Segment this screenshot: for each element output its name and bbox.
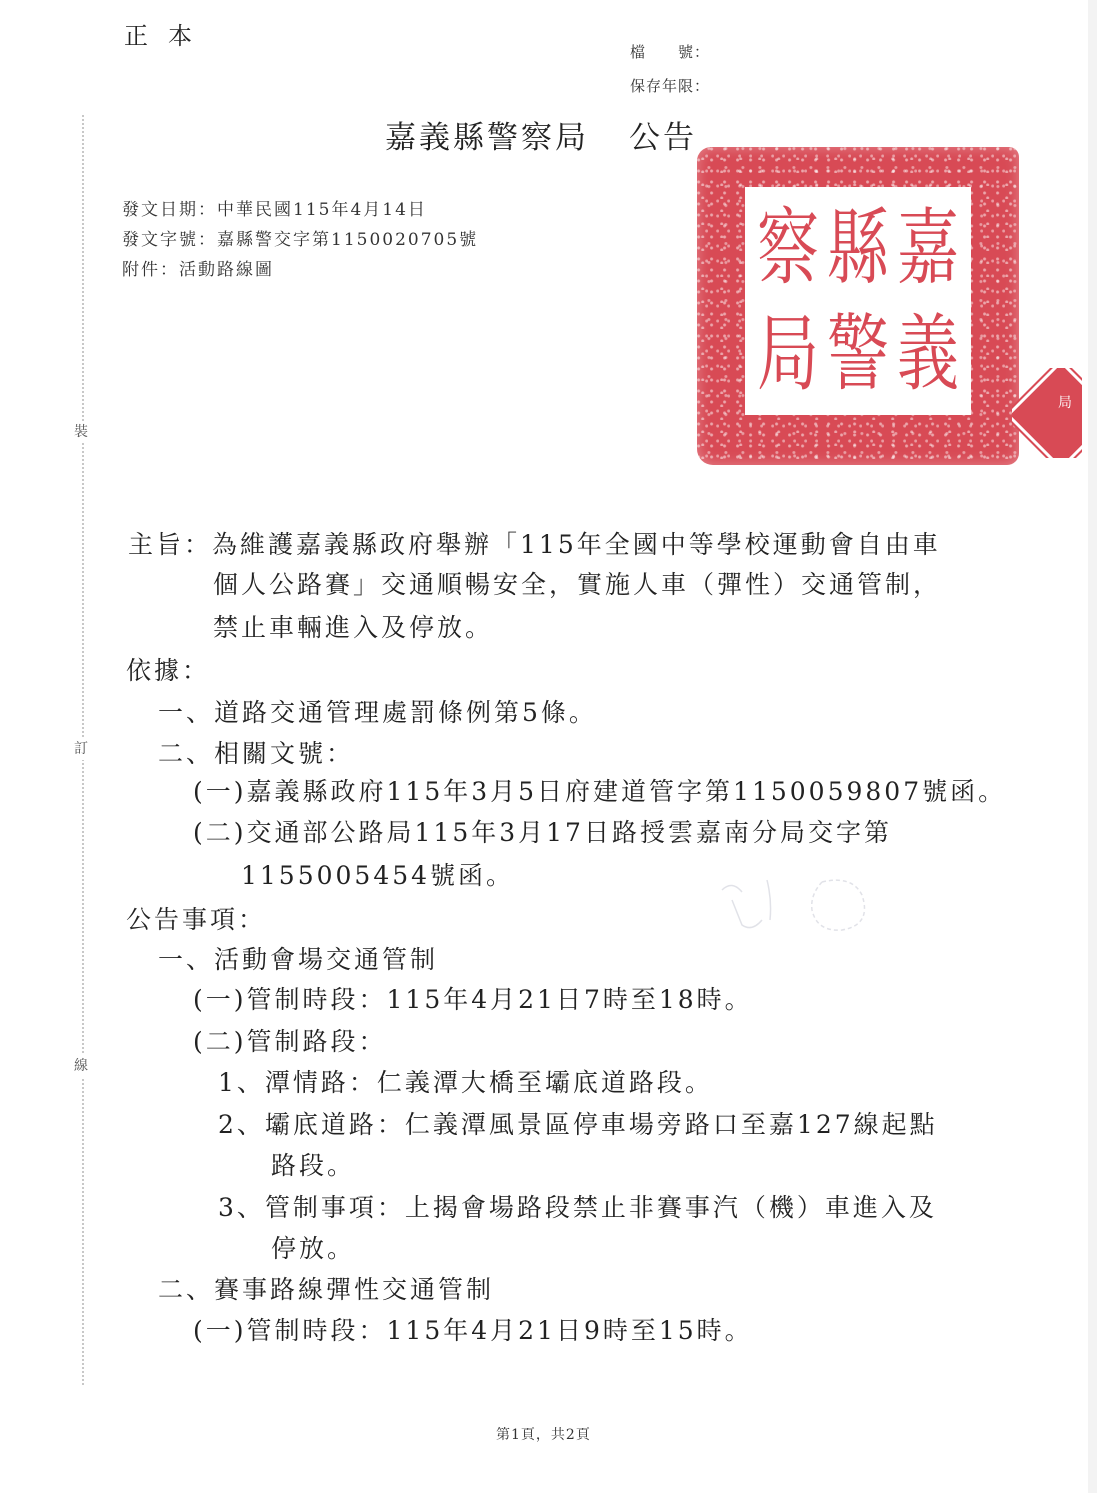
basis-label: 依據： [126,656,210,686]
item-marker: (一) [193,777,247,806]
binding-mark-zhuang: 裝 [74,421,88,443]
subject-line-3: 禁止車輛進入及停放。 [213,613,493,643]
diamond-seal-text: 局 [1058,396,1078,410]
section-2-period: (一)管制時段：115年4月21日9時至15時。 [193,1316,753,1346]
item-text: 嘉義縣政府115年3月5日府建道管字第1150059807號函。 [247,777,1007,806]
page-number: 第1頁，共2頁 [496,1424,591,1444]
retention-period-label: 保存年限： [630,75,710,96]
item-text: 管制時段：115年4月21日9時至15時。 [247,1316,753,1345]
official-seal-stamp: 嘉 縣 察 義 警 局 [697,147,1019,465]
road-item-2-continuation: 路段。 [271,1151,355,1181]
item-marker: 一、 [158,698,214,727]
item-marker: 一、 [158,945,214,974]
item-text: 相關文號： [214,739,354,768]
item-text: 壩底道路：仁義潭風景區停車場旁路口至嘉127線起點 [265,1110,938,1139]
item-marker: (二) [193,818,247,847]
item-marker: (一) [193,1316,247,1345]
document-type: 公告 [629,120,697,156]
page-title: 嘉義縣警察局公告 [385,112,697,157]
seal-char: 局 [753,282,823,425]
item-text: 管制時段：115年4月21日7時至18時。 [247,985,753,1014]
section-1-period: (一)管制時段：115年4月21日7時至18時。 [193,985,753,1015]
diamond-seal-shape [1012,368,1082,458]
subject-label: 主旨： [128,530,212,559]
page-edge [1088,0,1097,1493]
item-marker: (一) [193,985,247,1014]
road-item-3-continuation: 停放。 [271,1234,355,1264]
basis-sub-item-1: (一)嘉義縣政府115年3月5日府建道管字第1150059807號函。 [193,777,1006,807]
announcement-label: 公告事項： [126,905,266,935]
subject-text: 為維護嘉義縣政府舉辦「115年全國中等學校運動會自由車 [212,530,941,559]
basis-item-1: 一、道路交通管理處罰條例第5條。 [158,698,597,728]
faint-impression-mark [712,870,882,940]
item-marker: (二) [193,1027,247,1056]
seal-char: 義 [893,282,963,425]
issuer-name: 嘉義縣警察局 [385,120,589,156]
item-text: 管制事項：上揭會場路段禁止非賽事汽（機）車進入及 [265,1193,937,1222]
item-text: 潭情路：仁義潭大橋至壩底道路段。 [265,1068,713,1097]
seal-inner-field: 嘉 縣 察 義 警 局 [745,187,971,415]
item-marker: 1、 [218,1068,265,1097]
seal-characters: 嘉 縣 察 義 警 局 [753,195,963,407]
issue-date: 發文日期：中華民國115年4月14日 [122,195,427,220]
subject-line-1: 主旨：為維護嘉義縣政府舉辦「115年全國中等學校運動會自由車 [128,530,941,560]
item-text: 道路交通管理處罰條例第5條。 [214,698,597,727]
item-text: 管制路段： [247,1027,387,1056]
basis-sub-item-2-continuation: 1155005454號函。 [241,861,514,891]
copy-label: 正本 [124,16,212,51]
subject-line-2: 個人公路賽」交通順暢安全，實施人車（彈性）交通管制， [213,570,941,600]
announcement-section-2-title: 二、賽事路線彈性交通管制 [158,1275,494,1305]
file-number-label: 檔 號： [630,41,710,62]
basis-item-2: 二、相關文號： [158,739,354,769]
basis-sub-item-2: (二)交通部公路局115年3月17日路授雲嘉南分局交字第 [193,818,892,848]
item-marker: 二、 [158,739,214,768]
road-item-1: 1、潭情路：仁義潭大橋至壩底道路段。 [218,1068,713,1098]
item-text: 交通部公路局115年3月17日路授雲嘉南分局交字第 [247,818,892,847]
item-marker: 2、 [218,1110,265,1139]
item-text: 活動會場交通管制 [214,945,438,974]
announcement-section-1-title: 一、活動會場交通管制 [158,945,438,975]
section-1-roads: (二)管制路段： [193,1027,387,1057]
item-text: 賽事路線彈性交通管制 [214,1275,494,1304]
item-marker: 3、 [218,1193,265,1222]
seal-char: 警 [823,282,893,425]
binding-mark-ding: 訂 [74,738,88,760]
road-item-3: 3、管制事項：上揭會場路段禁止非賽事汽（機）車進入及 [218,1193,937,1223]
item-marker: 二、 [158,1275,214,1304]
attachment: 附件：活動路線圖 [122,255,274,280]
diamond-seal-stamp: 局 [1012,368,1082,458]
road-item-2: 2、壩底道路：仁義潭風景區停車場旁路口至嘉127線起點 [218,1110,938,1140]
binding-mark-xian: 線 [74,1055,88,1077]
issue-number: 發文字號：嘉縣警交字第1150020705號 [122,225,478,250]
